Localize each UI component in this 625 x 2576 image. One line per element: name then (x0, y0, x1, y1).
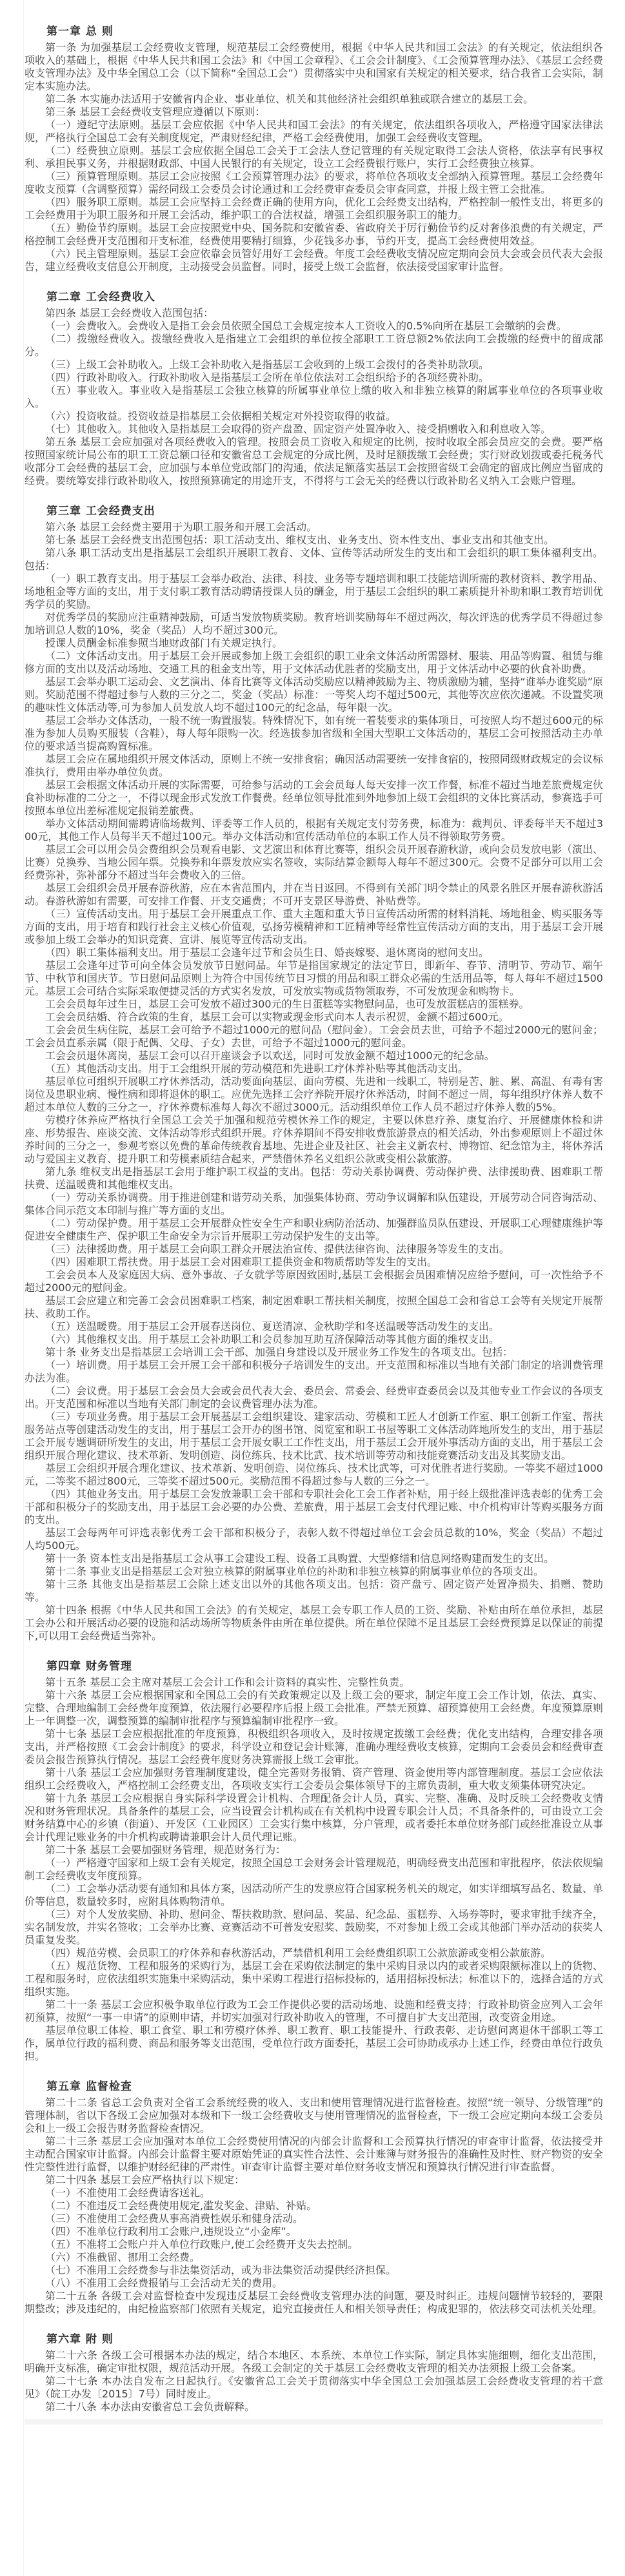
paragraph: （二）拨缴经费收入。拨缴经费收入是指建立工会组织的单位按全部职工工资总额2%依法… (25, 333, 603, 358)
paragraph: （一）遵纪守法原则。基层工会应依据《中华人民共和国工会法》的有关规定，依法组织各… (25, 119, 603, 144)
paragraph: （五）规范货物、工程和服务的采购行为，基层工会在采购依法制定的集中采购目录以内的… (25, 1960, 603, 1998)
paragraph: （一）劳动关系协调费。用于推进创建和谐劳动关系，加强集体协商、劳动争议调解和队伍… (25, 1191, 603, 1217)
paragraph: 第六条 基层工会经费主要用于为职工服务和开展工会活动。 (25, 521, 603, 534)
paragraph: 基层工会逢年过节可向全体会员发放节日慰问品。年节是指国家规定的法定节日，即新年、… (25, 959, 603, 998)
paragraph: 第一条 为加强基层工会经费收支管理，规范基层工会经费使用，根据《中华人民共和国工… (25, 41, 603, 93)
paragraph: 第二条 本实施办法适用于安徽省内企业、事业单位、机关和其他经济社会组织单独或联合… (25, 93, 603, 106)
paragraph: 基层工会组织会员开展春游秋游，应在本省范围内，并在当日返回。不得到有关部门明令禁… (25, 882, 603, 908)
paragraph: （二）经费独立原则。基层工会应依据全国总工会关于工会法人登记管理的有关规定取得工… (25, 144, 603, 170)
paragraph: （七）其他收入。其他收入是指基层工会取得的资产盘盈、固定资产处置净收入、接受捐赠… (25, 423, 603, 436)
footer-divider (25, 2419, 603, 2425)
paragraph: （五）不准将工会账户并入单位行政账户,使工会经费开支失去控制。 (25, 2238, 603, 2251)
paragraph: 授课人员酬金标准参照当地财政部门有关规定执行。 (25, 637, 603, 650)
paragraph: 工会会员退休离岗，基层工会可以召开座谈会予以欢送，同时可发放金额不超过1000元… (25, 1049, 603, 1062)
paragraph: （四）不准单位行政利用工会账户,违规设立“小金库”。 (25, 2225, 603, 2238)
paragraph: （五）事业收入。事业收入是指基层工会独立核算的所属事业单位上缴的收入和非独立核算… (25, 384, 603, 410)
paragraph: （三）对个人发放奖励、补助、慰问金、帮扶救助款、慰问品、奖品、纪念品、蛋糕券、入… (25, 1908, 603, 1947)
paragraph: （四）服务职工原则。基层工会应坚持工会经费正确的使用方向，优化工会经费支出结构，… (25, 196, 603, 222)
paragraph: 基层工会应建立和完善工会会员困难职工档案，制定困难职工帮扶相关制度，按照全国总工… (25, 1294, 603, 1320)
paragraph: 第二十七条 本办法自发布之日起执行。《安徽省总工会关于贯彻落实中华全国总工会加强… (25, 2375, 603, 2401)
paragraph: （二）文体活动支出。用于基层工会开展或参加上级工会组织的职工业余文体活动所需器材… (25, 650, 603, 676)
paragraph: （六）不准截留、挪用工会经费。 (25, 2251, 603, 2264)
paragraph: （一）培训费。用于基层工会开展工会干部和积极分子培训发生的支出。开支范围和标准以… (25, 1359, 603, 1385)
document-body: 第一章 总 则第一条 为加强基层工会经费收支管理，规范基层工会经费使用，根据《中… (25, 0, 603, 2414)
paragraph: 工会会员每年过生日，基层工会可发放不超过300元的生日蛋糕等实物慰问品，也可发放… (25, 998, 603, 1011)
paragraph: （四）其他业务支出。用于基层工会发放兼职工会干部和专职社会化工会工作者补贴，用于… (25, 1488, 603, 1527)
paragraph: 劳模疗休养应严格执行全国总工会关于加强和规范劳模休养工作的规定，主要以休息疗养、… (25, 1114, 603, 1166)
chapter-title: 第二章 工会经费收入 (25, 289, 603, 306)
paragraph: 第二十二条 省总工会负责对全省工会系统经费的收入、支出和使用管理情况进行监督检查… (25, 2096, 603, 2135)
paragraph: （四）规范劳模、会员职工的疗休养和春秋游活动，严禁借机利用工会经费组织职工公款旅… (25, 1947, 603, 1960)
paragraph: 第十七条 基层工会应根据批准的年度预算，积极组织各项收入，及时按规定拨缴工会经费… (25, 1728, 603, 1766)
paragraph: （三）上级工会补助收入。上级工会补助收入是指基层工会收到的上级工会拨付的各类补助… (25, 358, 603, 371)
paragraph: 对优秀学员的奖励应注重精神鼓励，可适当发放物质奖励。教育培训奖励每年不超过两次，… (25, 611, 603, 637)
content-left-divider (23, 0, 24, 2576)
paragraph: （三）预算管理原则。基层工会应按照《工会预算管理办法》的要求，将单位各项收支全部… (25, 170, 603, 196)
paragraph: （三）法律援助费。用于基层工会向职工群众开展法治宣传、提供法律咨询、法律服务等发… (25, 1243, 603, 1256)
paragraph: 第二十一条 基层工会应积极争取单位行政为工会工作提供必要的活动场地、设施和经费支… (25, 1998, 603, 2024)
paragraph: 第十一条 资本性支出是指基层工会从事工会建设工程、设备工具购置、大型修缮和信息网… (25, 1552, 603, 1565)
chapter-title: 第三章 工会经费支出 (25, 503, 603, 520)
paragraph: （一）职工教育支出。用于基层工会举办政治、法律、科技、业务等专题培训和职工技能培… (25, 572, 603, 611)
paragraph: 第二十条 基层工会要加强财务管理，规范财务行为： (25, 1844, 603, 1857)
paragraph: （一）会费收入。会费收入是指工会会员依照全国总工会规定按本人工资收入的0.5%向… (25, 320, 603, 333)
chapter-title: 第一章 总 则 (25, 23, 603, 40)
paragraph: （六）其他维权支出。用于基层工会补助职工和会员参加互助互济保障活动等其他方面的维… (25, 1333, 603, 1346)
paragraph: 第九条 维权支出是指基层工会用于维护职工权益的支出。包括：劳动关系协调费、劳动保… (25, 1166, 603, 1191)
paragraph: （五）勤俭节约原则。基层工会应按照党中央、国务院和安徽省委、省政府关于厉行勤俭节… (25, 222, 603, 248)
chapter-title: 第五章 监督检查 (25, 2078, 603, 2095)
paragraph: 第十六条 基层工会应根据国家和全国总工会的有关政策规定以及上级工会的要求，制定年… (25, 1689, 603, 1728)
paragraph: （四）行政补助收入。行政补助收入是指基层工会所在单位依法对工会组织给予的各项经费… (25, 371, 603, 384)
paragraph: 基层工会根据文体活动开展的实际需要，可给参与活动的工会会员每人每天安排一次工作餐… (25, 779, 603, 817)
paragraph: （四）职工集体福利支出。用于基层工会逢年过节和会员生日、婚丧嫁娶、退休离岗的慰问… (25, 946, 603, 959)
paragraph: 第二十三条 基层工会应加强对本单位工会经费使用情况的内部会计监督和工会预算执行情… (25, 2135, 603, 2174)
paragraph: 基层单位可组织开展职工疗休养活动，活动要面向基层、面向劳模、先进和一线职工，特别… (25, 1075, 603, 1114)
paragraph: （七）不准用工会经费参与非法集资活动，或为非法集资活动提供经济担保。 (25, 2264, 603, 2277)
paragraph: （二）不准违反工会经费使用规定,滥发奖金、津贴、补贴。 (25, 2200, 603, 2212)
paragraph: 第十八条 基层工会应加强财务管理制度建设，健全完善财务报销、资产管理、资金使用等… (25, 1766, 603, 1792)
chapter-title: 第四章 财务管理 (25, 1658, 603, 1675)
paragraph: 第二十六条 各级工会可根据本办法的规定，结合本地区、本系统、本单位工作实际，制定… (25, 2349, 603, 2375)
paragraph: 基层工会举办职工运动会、文艺演出、体育比赛等文体活动奖励应以精神鼓励为主、物质激… (25, 676, 603, 714)
paragraph: 第十九条 基层工会应根据自身实际科学设置会计机构、合理配备会计人员，真实、完整、… (25, 1792, 603, 1844)
paragraph: （三）不准使用工会经费从事高消费性娱乐和健身活动。 (25, 2212, 603, 2225)
paragraph: （四）困难职工帮扶费。用于基层工会对困难职工提供资金和物质帮助等发生的支出。 (25, 1256, 603, 1269)
paragraph: （二）劳动保护费。用于基层工会开展群众性安全生产和职业病防治活动、加强群监员队伍… (25, 1217, 603, 1243)
paragraph: 基层工会应在属地组织开展文体活动，原则上不统一安排食宿；确因活动需要统一安排食宿… (25, 753, 603, 779)
paragraph: 工会会员生病住院，基层工会可给予不超过1000元的慰问品（慰问金）。工会会员去世… (25, 1024, 603, 1049)
paragraph: 基层单位职工体检、职工食堂、职工和劳模疗休养、职工教育、职工技能提升、行政表彰、… (25, 2024, 603, 2063)
paragraph: 基层工会每两年可评选表彰优秀工会干部和积极分子，表彰人数不得超过单位工会会员总数… (25, 1527, 603, 1552)
paragraph: 第十三条 其他支出是指基层工会除上述支出以外的其他各项支出。包括：资产盘亏、固定… (25, 1578, 603, 1604)
paragraph: （八）不准用工会经费报销与工会活动无关的费用。 (25, 2277, 603, 2290)
paragraph: 工会会员本人及家庭因大病、意外事故、子女就学等原因致困时,基层工会根据会员困难情… (25, 1269, 603, 1294)
paragraph: 第十四条 根据《中华人民共和国工会法》的有关规定，基层工会专职工作人员的工资、奖… (25, 1604, 603, 1643)
paragraph: 第五条 基层工会应加强对各项经费收入的管理。按照会员工资收入和规定的比例，按时收… (25, 436, 603, 487)
paragraph: 工会会员结婚、符合政策的生育，基层工会可以实物或现金形式向本人表示祝贺，金额不超… (25, 1011, 603, 1024)
paragraph: 第七条 基层工会经费支出范围包括：职工活动支出、维权支出、业务支出、资本性支出、… (25, 534, 603, 547)
paragraph: 基层工会组织开展合理化建议、技术革新、发明创造、岗位练兵、技术比武等，可对优胜者… (25, 1462, 603, 1488)
paragraph: 第十二条 事业支出是指基层工会对独立核算的附属事业单位的补助和非独立核算的附属事… (25, 1565, 603, 1578)
paragraph: 第十条 业务支出是指基层工会培训工会干部、加强自身建设以及开展业务工作发生的各项… (25, 1346, 603, 1359)
paragraph: 第三条 基层工会经费收支管理应遵循以下原则： (25, 106, 603, 119)
paragraph: 举办文体活动期间需聘请临场裁判、评委等工作人员的，根据有关规定支付劳务费，标准为… (25, 817, 603, 843)
paragraph: （三）宣传活动支出。用于基层工会开展重点工作、重大主题和重大节日宣传活动所需的材… (25, 908, 603, 946)
paragraph: （三）专项业务费。用于基层工会开展基层工会组织建设、建家活动、劳模和工匠人才创新… (25, 1410, 603, 1462)
paragraph: 第二十五条 各级工会对监督检查中发现违反基层工会经费收支管理办法的问题，要及时纠… (25, 2290, 603, 2316)
paragraph: （六）投资收益。投资收益是指基层工会依据相关规定对外投资取得的收益。 (25, 410, 603, 423)
paragraph: 基层工会举办文体活动，一般不统一购置服装。特殊情况下，如有统一着装要求的集体项目… (25, 714, 603, 753)
chapter-title: 第六章 附 则 (25, 2331, 603, 2348)
paragraph: （一）不准使用工会经费请客送礼。 (25, 2187, 603, 2200)
paragraph: 第二十四条 基层工会应严格执行以下规定： (25, 2174, 603, 2187)
paragraph: （六）民主管理原则。基层工会应依靠会员管好用好工会经费。年度工会经费收支情况应定… (25, 248, 603, 273)
paragraph: 第四条 基层工会经费收入范围包括： (25, 307, 603, 320)
paragraph: （五）送温暖费。用于基层工会开展春送岗位、夏送清凉、金秋助学和冬送温暖等活动发生… (25, 1320, 603, 1333)
paragraph: （一）严格遵守国家和上级工会有关规定，按照全国总工会财务会计管理规范，明确经费支… (25, 1857, 603, 1882)
paragraph: 第八条 职工活动支出是指基层工会组织开展职工教育、文体、宣传等活动所发生的支出和… (25, 547, 603, 572)
paragraph: 第二十八条 本办法由安徽省总工会负责解释。 (25, 2401, 603, 2414)
document-page: 第一章 总 则第一条 为加强基层工会经费收支管理，规范基层工会经费使用，根据《中… (0, 0, 625, 2576)
paragraph: 第十五条 基层工会主席对基层工会会计工作和会计资料的真实性、完整性负责。 (25, 1676, 603, 1689)
paragraph: （二）会议费。用于基层工会会员大会或会员代表大会、委员会、常委会、经费审查委员会… (25, 1385, 603, 1410)
paragraph: （二）工会举办活动要有通知和具体方案，因活动所产生的发票应符合国家税务机关的规定… (25, 1882, 603, 1908)
paragraph: （五）其他活动支出。用于工会组织开展的劳动模范和先进职工疗休养补贴等其他活动支出… (25, 1062, 603, 1075)
paragraph: 基层工会可以用会员会费组织会员观看电影、文艺演出和体育比赛等，组织会员开展春游秋… (25, 843, 603, 882)
